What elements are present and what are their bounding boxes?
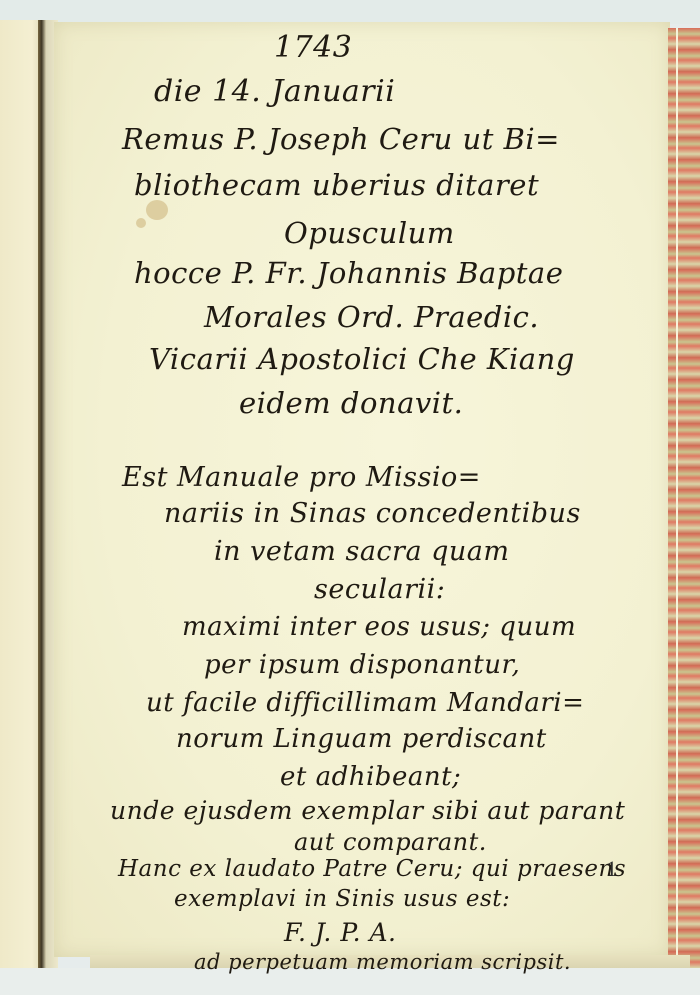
text-line: bliothecam uberius ditaret <box>134 168 539 202</box>
text-line: et adhibeant; <box>280 762 461 792</box>
text-line: exemplavi in Sinis usus est: <box>174 886 510 912</box>
text-line: norum Linguam perdiscant <box>176 724 547 754</box>
text-line: aut comparant. <box>294 828 487 856</box>
year-heading: 1743 <box>274 30 352 65</box>
text-line: nariis in Sinas concedentibus <box>164 498 581 529</box>
text-line: eidem donavit. <box>239 386 463 420</box>
page-number: 1 <box>606 856 617 882</box>
text-line: Est Manuale pro Missio= <box>122 462 481 493</box>
manuscript-text: 1743 die 14. Januarii Remus P. Joseph Ce… <box>54 22 670 957</box>
text-line: per ipsum disponantur, <box>204 650 520 680</box>
text-line: Vicarii Apostolici Che Kiang <box>149 342 575 376</box>
signature-initials: F. J. P. A. <box>284 918 396 947</box>
red-speckled-page-edges <box>668 28 700 968</box>
text-line: ut facile difficillimam Mandari= <box>146 688 584 718</box>
closing-line: ad perpetuam memoriam scripsit. <box>194 950 571 974</box>
date-line: die 14. Januarii <box>154 74 395 109</box>
text-line: Hanc ex laudato Patre Ceru; qui praesens <box>118 856 626 882</box>
text-line: Morales Ord. Praedic. <box>204 300 539 334</box>
text-line: maximi inter eos usus; quum <box>182 612 576 642</box>
text-line: unde ejusdem exemplar sibi aut parant <box>110 796 625 825</box>
text-line: secularii: <box>314 574 445 605</box>
scan-backdrop-top <box>0 0 700 24</box>
text-line: Opusculum <box>284 216 455 250</box>
text-line: hocce P. Fr. Johannis Baptae <box>134 256 563 290</box>
text-line: Remus P. Joseph Ceru ut Bi= <box>122 122 560 156</box>
text-line: in vetam sacra quam <box>214 536 510 567</box>
